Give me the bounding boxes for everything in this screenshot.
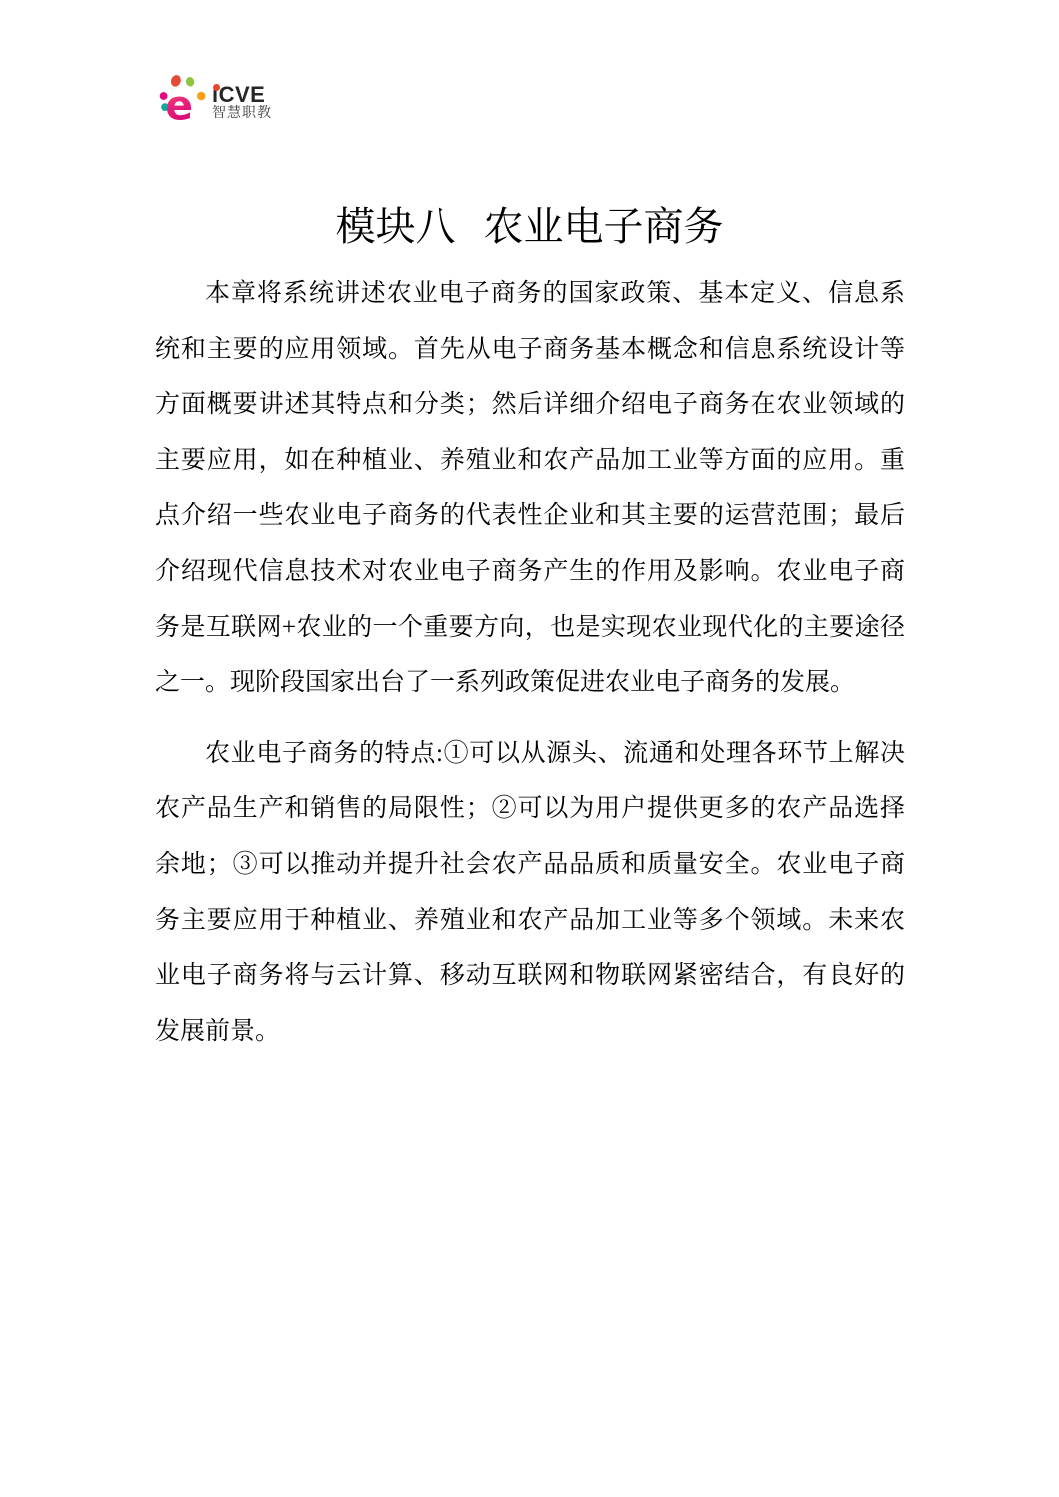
paragraph-line: 农产品生产和销售的局限性；②可以为用户提供更多的农产品选择 bbox=[155, 781, 905, 837]
svg-text:e: e bbox=[165, 82, 193, 128]
icve-brand-text: iCVE bbox=[212, 84, 265, 106]
icve-logo: e iCVE 智慧职教 bbox=[159, 72, 319, 134]
document-title: 模块八 农业电子商务 bbox=[0, 197, 1059, 257]
paragraph-line: 统和主要的应用领域。首先从电子商务基本概念和信息系统设计等 bbox=[155, 322, 905, 378]
paragraph-line: 之一。现阶段国家出台了一系列政策促进农业电子商务的发展。 bbox=[155, 655, 905, 711]
paragraph-line: 农业电子商务的特点:①可以从源头、流通和处理各环节上解决 bbox=[155, 726, 905, 782]
paragraph-line: 业电子商务将与云计算、移动互联网和物联网紧密结合，有良好的 bbox=[155, 948, 905, 1004]
paragraph-line: 余地；③可以推动并提升社会农产品品质和质量安全。农业电子商 bbox=[155, 837, 905, 893]
paragraph-line: 介绍现代信息技术对农业电子商务产生的作用及影响。农业电子商 bbox=[155, 544, 905, 600]
paragraph-2: 农业电子商务的特点:①可以从源头、流通和处理各环节上解决 农产品生产和销售的局限… bbox=[155, 726, 905, 1060]
document-page: e iCVE 智慧职教 模块八 农业电子商务 本章将系统讲述农业电子商务的国家政… bbox=[0, 0, 1059, 1497]
paragraph-line: 点介绍一些农业电子商务的代表性企业和其主要的运营范围；最后 bbox=[155, 488, 905, 544]
paragraph-line: 本章将系统讲述农业电子商务的国家政策、基本定义、信息系 bbox=[155, 266, 905, 322]
paragraph-1: 本章将系统讲述农业电子商务的国家政策、基本定义、信息系 统和主要的应用领域。首先… bbox=[155, 266, 905, 711]
document-body: 本章将系统讲述农业电子商务的国家政策、基本定义、信息系 统和主要的应用领域。首先… bbox=[155, 266, 905, 1074]
paragraph-line: 务主要应用于种植业、养殖业和农产品加工业等多个领域。未来农 bbox=[155, 893, 905, 949]
paragraph-line: 主要应用，如在种植业、养殖业和农产品加工业等方面的应用。重 bbox=[155, 433, 905, 489]
paragraph-line: 发展前景。 bbox=[155, 1004, 905, 1060]
icve-brand-subtitle: 智慧职教 bbox=[212, 105, 272, 119]
paragraph-line: 务是互联网+农业的一个重要方向，也是实现农业现代化的主要途径 bbox=[155, 600, 905, 656]
icve-flower-e-icon: e bbox=[159, 72, 207, 128]
paragraph-line: 方面概要讲述其特点和分类；然后详细介绍电子商务在农业领域的 bbox=[155, 377, 905, 433]
